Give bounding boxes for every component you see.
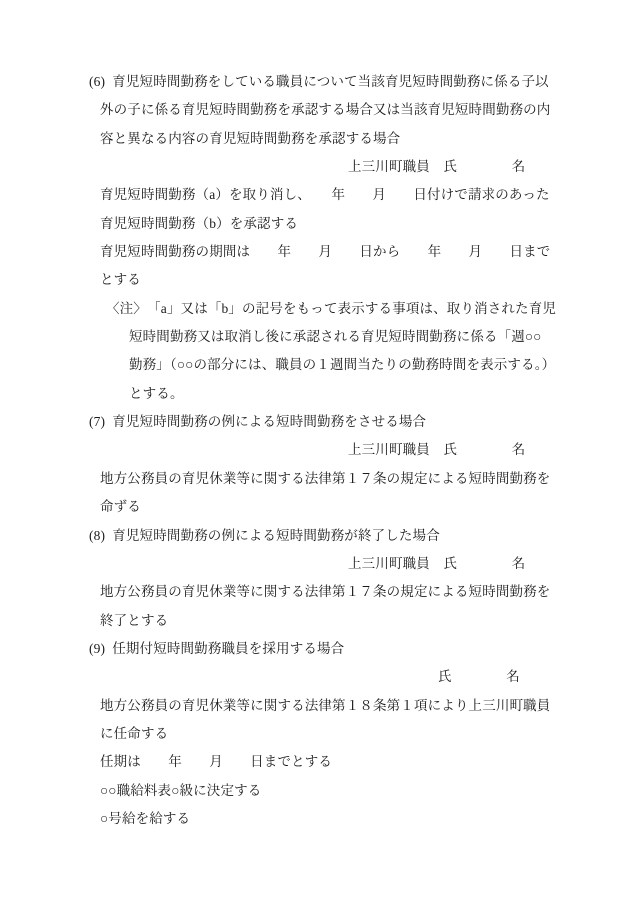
note-line3: 勤務」（○○の部分には、職員の１週間当たりの勤務時間を表示する。）: [0, 351, 630, 379]
item7-heading-line: (7) 育児短時間勤務の例による短時間勤務をさせる場合: [0, 408, 630, 436]
document-body: (6) 育児短時間勤務をしている職員について当該育児短時間勤務に係る子以 外の子…: [0, 68, 630, 833]
item6-body-line4: とする: [0, 266, 630, 294]
item6-heading-line3: 容と異なる内容の育児短時間勤務を承認する場合: [0, 125, 630, 153]
item8-heading-line: (8) 育児短時間勤務の例による短時間勤務が終了した場合: [0, 522, 630, 550]
document-page: (6) 育児短時間勤務をしている職員について当該育児短時間勤務に係る子以 外の子…: [0, 0, 630, 903]
item6-heading-line2: 外の子に係る育児短時間勤務を承認する場合又は当該育児短時間勤務の内: [0, 96, 630, 124]
item6-body-line2: 育児短時間勤務（b）を承認する: [0, 210, 630, 238]
item7-body-line2: 命ずる: [0, 493, 630, 521]
item6-name-line: 上三川町職員 氏 名: [0, 153, 630, 181]
section-6: (6) 育児短時間勤務をしている職員について当該育児短時間勤務に係る子以 外の子…: [0, 68, 630, 408]
note-line4: とする。: [0, 380, 630, 408]
item9-body-line3: 任期は 年 月 日までとする: [0, 748, 630, 776]
item6-heading-line1: (6) 育児短時間勤務をしている職員について当該育児短時間勤務に係る子以: [0, 68, 630, 96]
item9-body-line2: に任命する: [0, 720, 630, 748]
item8-name-line: 上三川町職員 氏 名: [0, 550, 630, 578]
item9-body-line4: ○○職給料表○級に決定する: [0, 777, 630, 805]
item7-body-line1: 地方公務員の育児休業等に関する法律第１７条の規定による短時間勤務を: [0, 465, 630, 493]
item9-body-line5: ○号給を給する: [0, 805, 630, 833]
section-9: (9) 任期付短時間勤務職員を採用する場合 氏 名 地方公務員の育児休業等に関す…: [0, 635, 630, 833]
section-7: (7) 育児短時間勤務の例による短時間勤務をさせる場合 上三川町職員 氏 名 地…: [0, 408, 630, 521]
item8-body-line2: 終了とする: [0, 607, 630, 635]
item9-body-line1: 地方公務員の育児休業等に関する法律第１８条第１項により上三川町職員: [0, 692, 630, 720]
item9-name-line: 氏 名: [0, 663, 630, 691]
item9-heading-line: (9) 任期付短時間勤務職員を採用する場合: [0, 635, 630, 663]
note-line2: 短時間勤務又は取消し後に承認される育児短時間勤務に係る「週○○: [0, 323, 630, 351]
item6-body-line1: 育児短時間勤務（a）を取り消し、 年 月 日付けで請求のあった: [0, 181, 630, 209]
item7-name-line: 上三川町職員 氏 名: [0, 436, 630, 464]
item6-body-line3: 育児短時間勤務の期間は 年 月 日から 年 月 日まで: [0, 238, 630, 266]
item8-body-line1: 地方公務員の育児休業等に関する法律第１７条の規定による短時間勤務を: [0, 578, 630, 606]
section-8: (8) 育児短時間勤務の例による短時間勤務が終了した場合 上三川町職員 氏 名 …: [0, 522, 630, 635]
note-line1: 〈注〉 「a」又は「b」の記号をもって表示する事項は、取り消された育児: [0, 295, 630, 323]
